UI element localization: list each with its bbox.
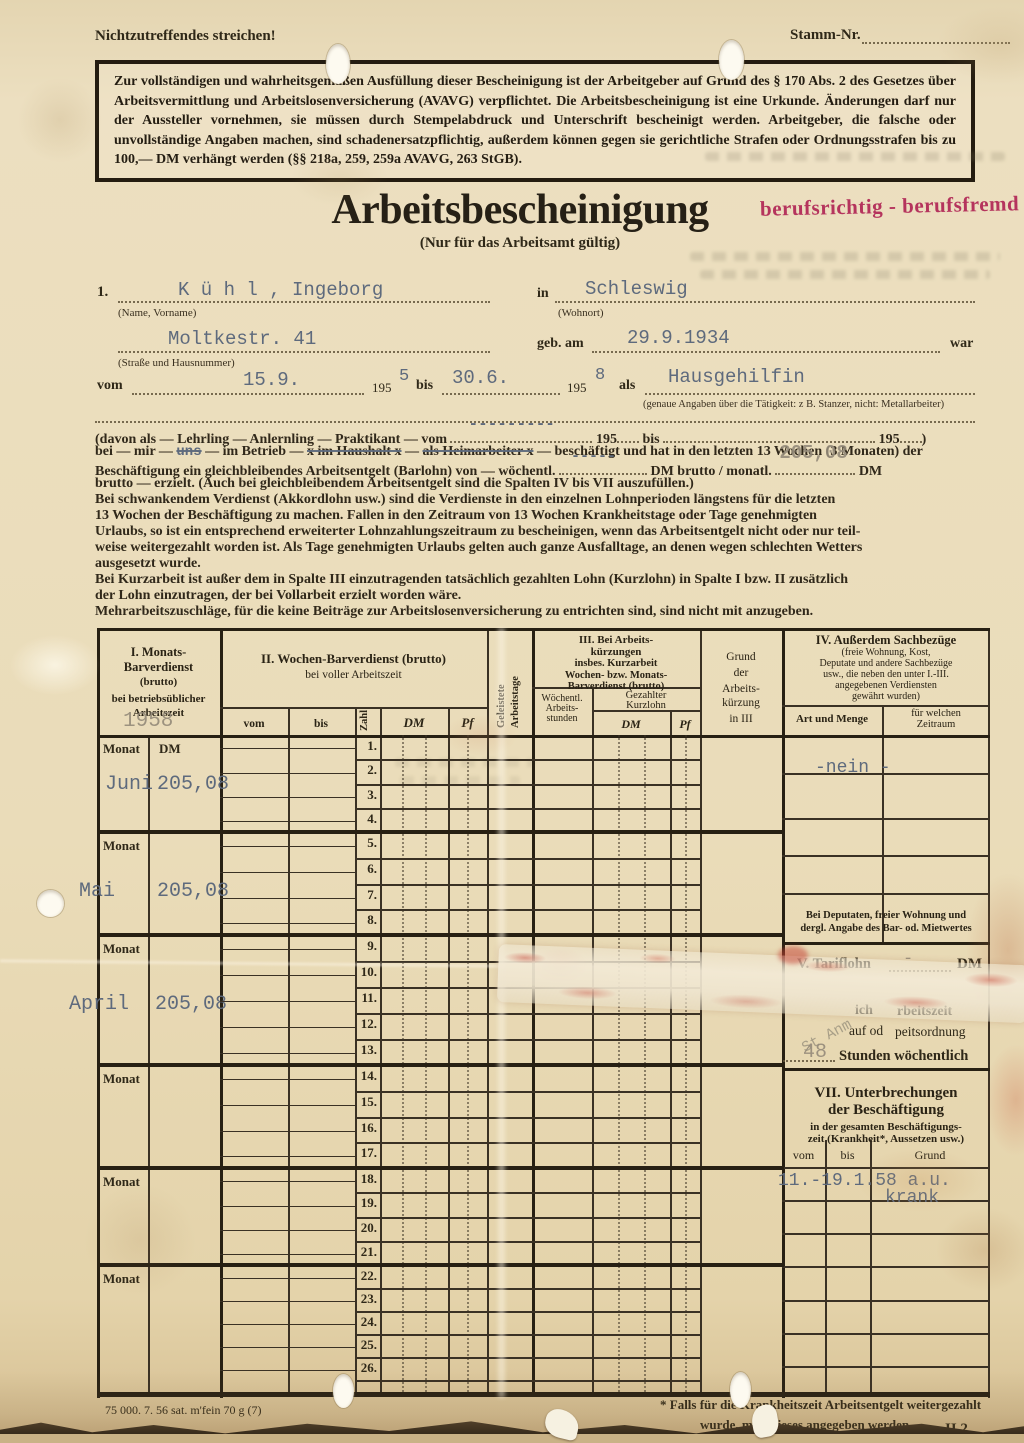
street-label: (Straße und Hausnummer): [118, 357, 235, 370]
week-row-number: 20.: [349, 1221, 377, 1236]
table-line: [782, 705, 990, 707]
paragraph-line: Bei Kurzarbeit ist außer dem in Spalte I…: [95, 572, 848, 588]
vombis-line: [220, 1053, 355, 1054]
col3-pf: Pf: [670, 718, 700, 730]
table-line: [288, 707, 290, 1392]
typed-monthly-wage: 205,08: [779, 443, 847, 465]
blank-line: 205,08: [775, 460, 855, 475]
typed-month-value: 205,08: [157, 773, 229, 796]
col3-title: III. Bei Arbeits-: [532, 635, 700, 646]
vombis-line: [220, 872, 355, 873]
dm-label: DM: [159, 742, 181, 757]
showthrough-text: [690, 252, 1000, 261]
col2-pf: Pf: [448, 716, 487, 729]
vombis-line: [220, 773, 355, 774]
from-line: [132, 393, 364, 395]
to-line: [442, 393, 560, 395]
col4-desc: (freie Wohnung, Kost,: [782, 648, 990, 658]
col1-title: Barverdienst: [97, 661, 220, 674]
blank-line: [663, 428, 875, 443]
col4-desc: usw., die neben den unter I.-III.: [782, 670, 990, 680]
blank-line: [900, 428, 922, 443]
document-page: Nichtzutreffendes streichen! Stamm-Nr. Z…: [0, 0, 1024, 1443]
table-line: [782, 855, 990, 857]
name-label: (Name, Vorname): [118, 307, 196, 320]
red-smudge: [778, 946, 808, 964]
week-row-line: [355, 858, 700, 860]
week-row-number: 5.: [349, 836, 377, 851]
city-value: Schleswig: [585, 279, 688, 301]
block-divider: [97, 1263, 784, 1267]
typed-month: Juni: [105, 773, 153, 796]
vombis-line: [220, 1079, 355, 1080]
worktime-fragment: peitsordnung: [895, 1024, 966, 1040]
col2-bis: bis: [290, 719, 352, 731]
blank-line: -----: [559, 460, 647, 475]
col4-desc: angegebenen Verdiensten: [782, 681, 990, 691]
vombis-line: [220, 1324, 355, 1325]
col4-period: für welchen: [882, 709, 990, 720]
week-row-number: 18.: [349, 1172, 377, 1187]
week-row-number: 19.: [349, 1196, 377, 1211]
vombis-line: [220, 821, 355, 822]
para-text: schwankendem Verdienst: [118, 492, 270, 507]
month-label: Monat: [103, 742, 140, 757]
table-line: [882, 705, 884, 942]
vombis-line: [220, 1230, 355, 1231]
week-row-number: 9.: [349, 939, 377, 954]
col4-desc: Deputate und andere Sachbezüge: [782, 659, 990, 669]
week-row-number: 8.: [349, 913, 377, 928]
typed-dashes: ---------: [468, 415, 554, 433]
ink-stamp: berufsrichtig - berufsfremd: [760, 191, 1020, 221]
table-line: [782, 1167, 990, 1169]
month-label: Monat: [103, 942, 140, 957]
page-note: Nichtzutreffendes streichen!: [95, 28, 276, 45]
page-subtitle: (Nur für das Arbeitsamt gültig): [240, 235, 800, 252]
paragraph-line: der Lohn einzutragen, der bei Vollarbeit…: [95, 588, 461, 604]
col3-title: insbes. Kurzarbeit: [532, 659, 700, 670]
print-imprint: 75 000. 7. 56 sat. m'fein 70 g (7): [105, 1404, 261, 1418]
city-line: [555, 301, 975, 303]
month-label: Monat: [103, 1072, 140, 1087]
para-text: der Beschäftigung zu machen. Fallen in d…: [164, 508, 817, 523]
vombis-line: [220, 1278, 355, 1279]
typed-month: April: [69, 993, 129, 1016]
war-label: war: [950, 336, 973, 352]
reason-col: kürzung: [700, 698, 782, 710]
in-label: in: [537, 286, 549, 302]
week-row-line: [355, 1241, 700, 1243]
punch-hole: [326, 44, 350, 84]
occupation-line: [645, 393, 975, 395]
month-label: Monat: [103, 839, 140, 854]
showthrough-text: [700, 270, 990, 279]
vombis-line: [220, 748, 355, 749]
city-label: (Wohnort): [558, 307, 604, 320]
week-row-number: 4.: [349, 812, 377, 827]
paper-fold: [498, 628, 505, 1398]
punch-hole: [730, 1372, 751, 1408]
page-title: Arbeitsbescheinigung: [240, 186, 800, 234]
week-row-line: [355, 1288, 700, 1290]
col3-hours: stunden: [532, 714, 592, 724]
vombis-line: [220, 1105, 355, 1106]
week-row-line: [355, 808, 700, 810]
col1-sub: (brutto): [97, 677, 220, 688]
legal-box: Zur vollständigen und wahrheitsgemäßen A…: [95, 60, 975, 182]
week-row-number: 1.: [349, 739, 377, 754]
col4-art: Art und Menge: [782, 714, 882, 725]
year-prefix-2: 195: [567, 381, 587, 396]
deputate-note: Bei Deputaten, freier Wohnung und: [782, 911, 990, 922]
birthdate-line: [592, 351, 940, 353]
table-border: [782, 1068, 990, 1071]
week-row-line: [355, 1380, 700, 1382]
week-row-line: [355, 1142, 700, 1144]
paragraph-line: Bei schwankendem Verdienst (Akkordlohn u…: [95, 492, 835, 508]
occupation-value: Hausgehilfin: [668, 367, 805, 389]
reason-col: Grund: [700, 652, 782, 664]
col7-grund: Grund: [870, 1149, 990, 1161]
col3-title: Wochen- bzw. Monats-: [532, 671, 700, 682]
from-year: 5: [399, 367, 409, 387]
week-row-number: 10.: [349, 965, 377, 980]
week-row-line: [355, 1217, 700, 1219]
col3-title: kürzungen: [532, 647, 700, 658]
paragraph-line: Urlaubs, so ist ein entsprechend erweite…: [95, 524, 860, 540]
paragraph-line: brutto — erzielt. (Auch bei gleichbleibe…: [95, 476, 694, 492]
para-text: — im Betrieb —: [205, 444, 303, 459]
geb-label: geb. am: [537, 336, 584, 352]
week-row-number: 23.: [349, 1292, 377, 1307]
stamm-nr-label: Stamm-Nr.: [790, 27, 861, 44]
week-row-line: [355, 884, 700, 886]
table-line: [220, 707, 487, 709]
under-sheet-edge: [0, 1434, 1024, 1443]
paragraph-line: Mehrarbeitszuschläge, für die keine Beit…: [95, 604, 813, 620]
typed-nein: -nein -: [815, 758, 891, 779]
typed-dashes: -----: [571, 448, 616, 465]
to-day: 30.6.: [452, 368, 509, 390]
table-line: [782, 1233, 990, 1235]
col4-title: IV. Außerdem Sachbezüge: [782, 634, 990, 647]
vombis-line: [220, 1181, 355, 1182]
table-line: [782, 1333, 990, 1335]
week-row-number: 24.: [349, 1315, 377, 1330]
vombis-line: [220, 975, 355, 976]
week-row-line: [355, 1039, 700, 1041]
week-row-number: 13.: [349, 1043, 377, 1058]
week-row-line: [355, 909, 700, 911]
week-row-line: [355, 1117, 700, 1119]
week-row-number: 14.: [349, 1069, 377, 1084]
hours-line: [783, 1060, 835, 1062]
table-border: [97, 735, 990, 738]
paragraph-line: ausgesetzt wurde.: [95, 556, 201, 572]
table-line: [487, 628, 489, 1392]
vombis-line: [220, 1347, 355, 1348]
week-row-line: [355, 759, 700, 761]
para-text: bei — mir —: [95, 444, 173, 459]
vombis-line: [220, 1206, 355, 1207]
table-border: [97, 628, 990, 631]
week-row-line: [355, 1357, 700, 1359]
vombis-line: [220, 1254, 355, 1255]
week-row-number: 2.: [349, 763, 377, 778]
week-row-line: [355, 1192, 700, 1194]
punch-hole: [37, 890, 64, 917]
week-row-number: 25.: [349, 1338, 377, 1353]
vombis-line: [220, 846, 355, 847]
reason-col: Arbeits-: [700, 684, 782, 696]
field-index: 1.: [97, 284, 108, 301]
col7-title: VII. Unterbrechungen: [782, 1086, 990, 1101]
reason-col: der: [700, 668, 782, 680]
week-row-number: 3.: [349, 788, 377, 803]
week-row-number: 15.: [349, 1095, 377, 1110]
reason-col: in III: [700, 714, 782, 726]
para-text: längstens für die letzten: [694, 492, 836, 507]
block-divider: [97, 830, 784, 834]
col7-title: der Beschäftigung: [782, 1103, 990, 1118]
col7-bis: bis: [825, 1149, 870, 1161]
col2-vom: vom: [223, 719, 285, 731]
blank-line: [617, 428, 639, 443]
showthrough-text: [705, 152, 1005, 161]
col3-paid: Kurzlohn: [592, 701, 700, 712]
table-line: [782, 818, 990, 820]
week-row-number: 6.: [349, 862, 377, 877]
week-row-number: 22.: [349, 1269, 377, 1284]
street-line: [118, 351, 490, 353]
week-row-number: 16.: [349, 1121, 377, 1136]
bis-label: bis: [416, 378, 433, 394]
col7-sub: in der gesamten Beschäftigungs-: [782, 1122, 990, 1133]
week-row-line: [355, 1091, 700, 1093]
hours-label: Stunden wöchentlich: [839, 1048, 968, 1065]
col7-vom: vom: [782, 1149, 825, 1161]
vom-label: vom: [97, 378, 123, 394]
week-row-number: 11.: [349, 991, 377, 1006]
from-day: 15.9.: [243, 370, 300, 392]
struck-text: uns: [176, 444, 201, 460]
typed-month-value: 205,08: [155, 993, 227, 1016]
vombis-line: [220, 1131, 355, 1132]
col4-desc: gewährt wurden): [782, 692, 990, 702]
week-row-number: 7.: [349, 888, 377, 903]
block-divider: [97, 1063, 784, 1067]
col3-dm: DM: [592, 718, 670, 730]
month-label: Monat: [103, 1175, 140, 1190]
vombis-line: [220, 1301, 355, 1302]
block-divider: [97, 933, 784, 937]
week-row-line: [355, 1311, 700, 1313]
paragraph-line: 13 Wochen der Beschäftigung zu machen. F…: [95, 508, 817, 524]
table-line: [782, 893, 990, 895]
week-row-number: 12.: [349, 1017, 377, 1032]
paragraph-line: weise weitergezahlt worden ist. Als Tage…: [95, 540, 862, 556]
als-label: als: [619, 378, 635, 394]
stamm-nr-line: [862, 42, 1010, 44]
vombis-line: [220, 1156, 355, 1157]
col7-sub: zeit (Krankheit*, Aussetzen usw.): [782, 1134, 990, 1145]
birthdate-value: 29.9.1934: [627, 328, 730, 350]
col2-title: II. Wochen-Barverdienst (brutto): [220, 652, 487, 665]
col1-title: I. Monats-: [97, 646, 220, 659]
para-text: DM: [859, 464, 882, 479]
occupation-hint: (genaue Angaben über die Tätigkeit: z B.…: [643, 399, 944, 411]
table-line: [782, 1266, 990, 1268]
col2-sub: bei voller Arbeitszeit: [220, 670, 487, 682]
name-value: K ü h l , Ingeborg: [178, 280, 383, 302]
vombis-line: [220, 898, 355, 899]
para-text: —: [405, 444, 419, 459]
col4-period: Zeitraum: [882, 720, 990, 731]
year-prefix-1: 195: [372, 381, 392, 396]
vombis-line: [220, 797, 355, 798]
week-row-line: [355, 784, 700, 786]
para-text: Bei: [95, 492, 114, 507]
blank-line: ---------: [450, 428, 592, 443]
struck-text: x im Haushalt x: [307, 444, 402, 459]
typed-year: 1958: [123, 710, 173, 734]
week-row-number: 21.: [349, 1245, 377, 1260]
vombis-line: [220, 1027, 355, 1028]
street-value: Moltkestr. 41: [168, 329, 316, 351]
days-col-label: Arbeitstage: [510, 676, 521, 728]
table-border: [782, 942, 990, 945]
table-line: [782, 1300, 990, 1302]
to-year: 8: [595, 366, 605, 386]
table-border: [532, 628, 535, 1392]
week-row-number: 17.: [349, 1146, 377, 1161]
month-label: Monat: [103, 1272, 140, 1287]
block-divider: [97, 1166, 784, 1170]
week-row-line: [355, 1013, 700, 1015]
deputate-note: dergl. Angabe des Bar- od. Mietwertes: [782, 924, 990, 935]
week-row-number: 26.: [349, 1361, 377, 1376]
col2-dm: DM: [380, 716, 448, 729]
punch-hole: [333, 1374, 354, 1408]
col1-sub: bei betriebsüblicher: [97, 694, 220, 705]
footnote-line1: * Falls für die Krankheitszeit Arbeitsen…: [660, 1398, 981, 1413]
vombis-line: [220, 923, 355, 924]
typed-month: Mai: [79, 880, 115, 903]
para-text: (Akkordlohn usw.) sind die Verdienste in…: [274, 492, 691, 507]
para-text: 13 Wochen: [95, 508, 160, 523]
punch-hole: [719, 40, 744, 80]
vombis-line: [220, 1001, 355, 1002]
struck-text: als Heimarbeiter x: [423, 444, 534, 459]
vombis-line: [220, 949, 355, 950]
week-row-line: [355, 1334, 700, 1336]
typed-month-value: 205,08: [157, 880, 229, 903]
vombis-line: [220, 1370, 355, 1371]
table-line: [782, 1366, 990, 1368]
table-border: [97, 1392, 990, 1397]
typed-sickness-reason: krank: [885, 1188, 939, 1209]
